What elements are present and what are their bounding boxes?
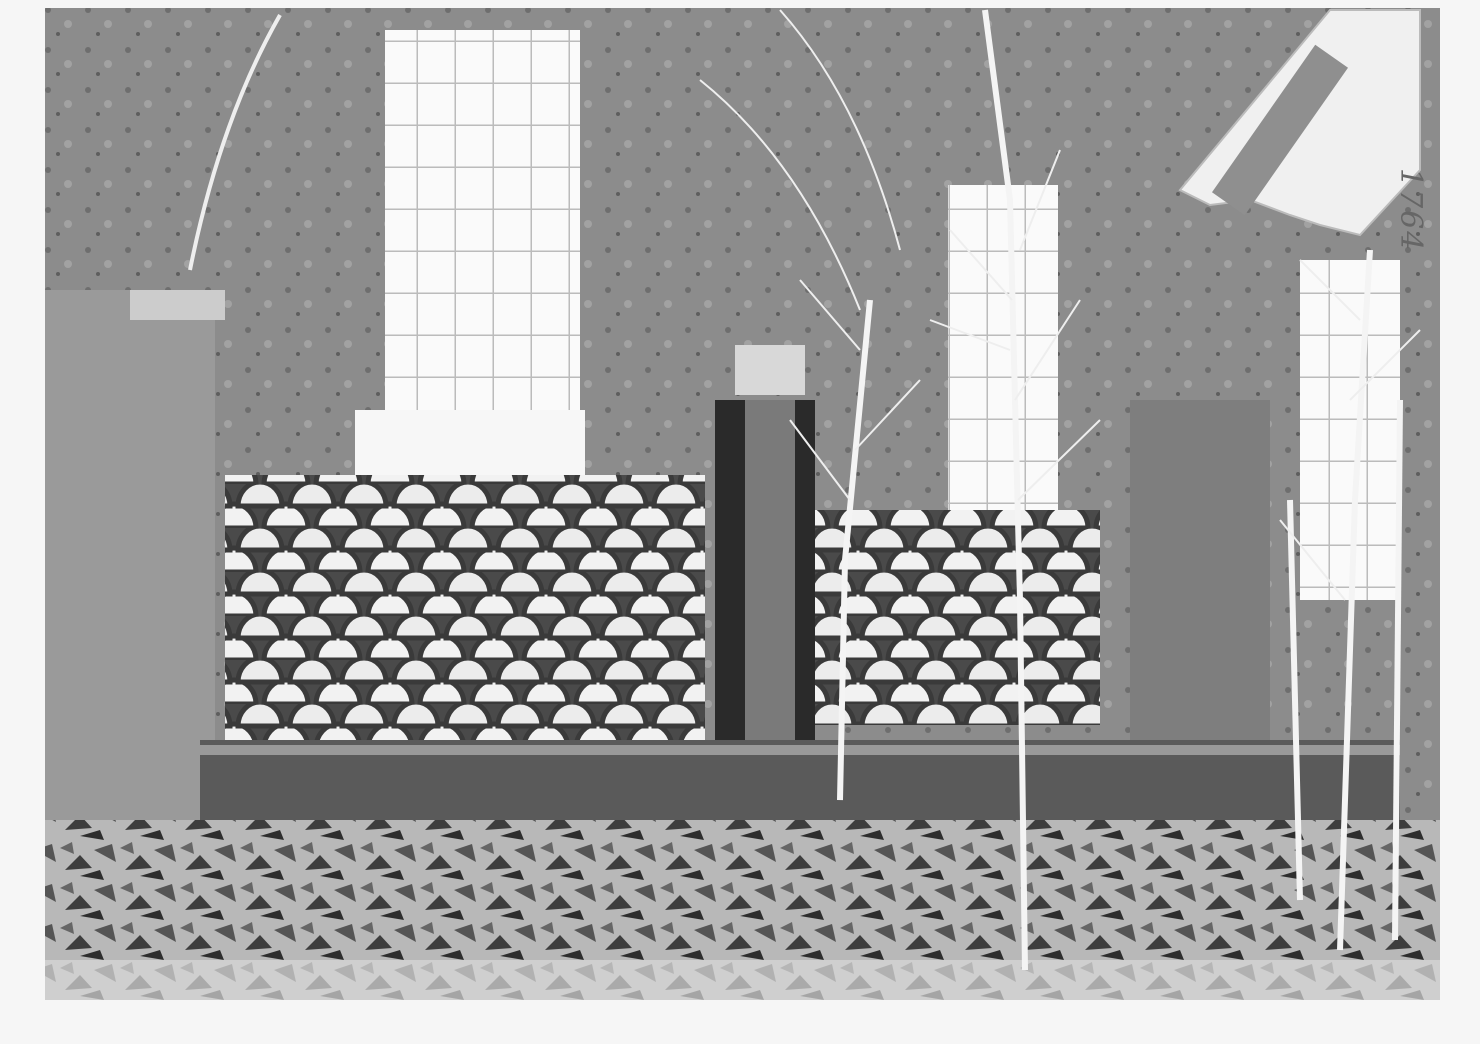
handwritten-catalog-number: 1764: [1393, 168, 1428, 252]
negative-photograph: [0, 0, 1480, 1044]
scalloped-lattice-right: [810, 510, 1100, 725]
scalloped-lattice-left: [225, 475, 705, 740]
